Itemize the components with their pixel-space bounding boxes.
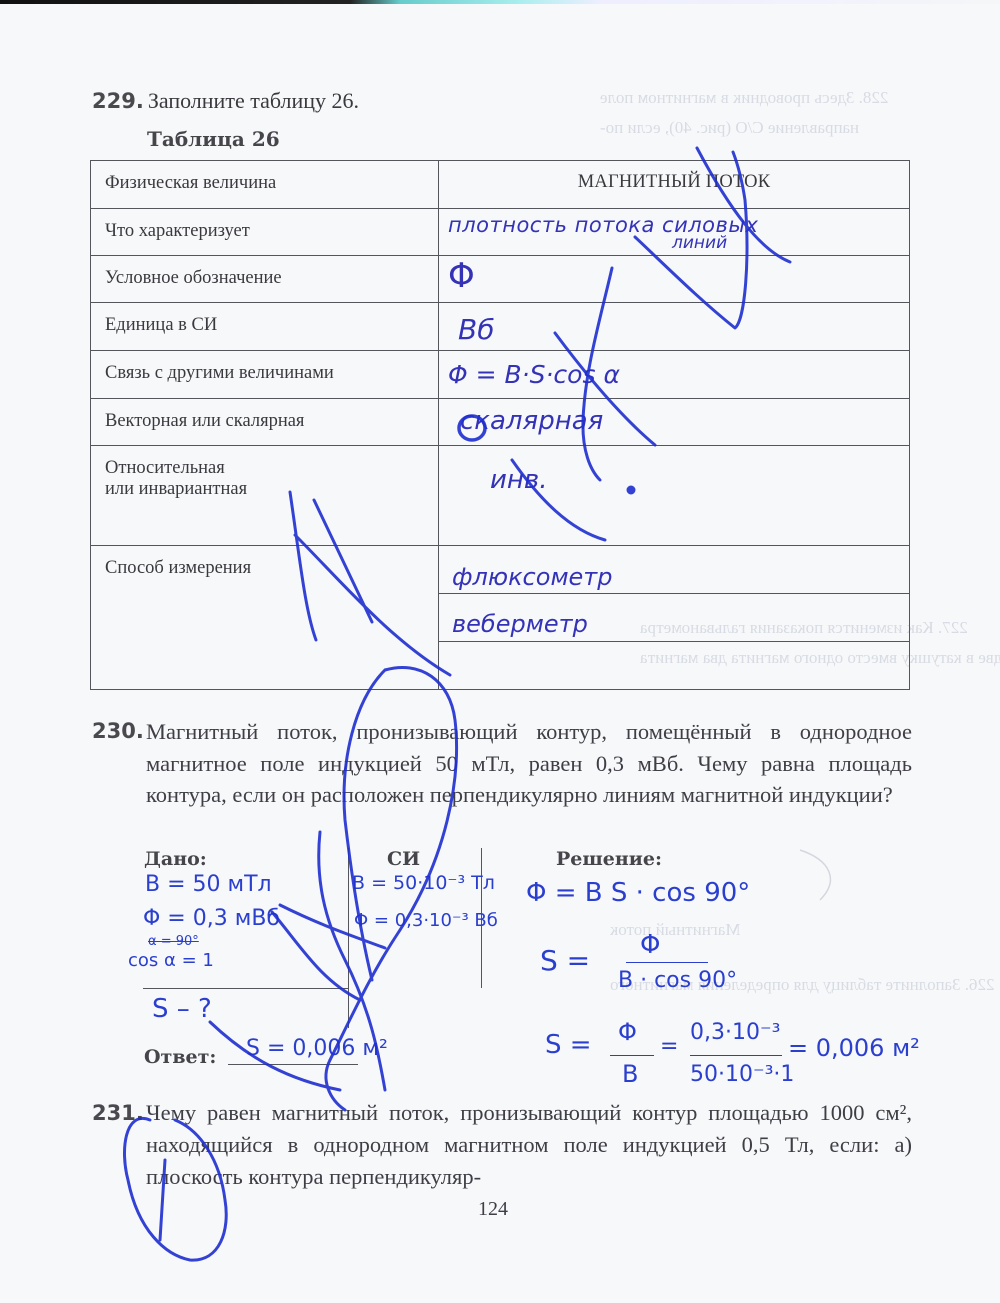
si-item: B = 50·10⁻³ Тл: [352, 872, 495, 894]
handwritten-answer: Φ = B·S·cos α: [448, 360, 620, 389]
row-label: Связь с другими величинами: [91, 351, 439, 399]
handwritten-answer: Φ: [448, 256, 475, 296]
given-label: Дано:: [144, 848, 207, 870]
row-label: Векторная или скалярная: [91, 399, 439, 446]
table-caption: Таблица 26: [147, 127, 280, 151]
answer-value: S = 0,006 м²: [246, 1036, 388, 1061]
solution-lhs: S =: [540, 944, 590, 977]
task-text: Чему равен магнитный поток, пронизывающи…: [146, 1097, 912, 1193]
solution-line: Φ = B S · cos 90°: [526, 878, 750, 908]
given-find-divider: [143, 988, 349, 989]
header-label-cell: Физическая величина: [91, 161, 439, 209]
task-text: Магнитный поток, пронизывающий контур, п…: [146, 716, 912, 811]
task-number: 230.: [92, 716, 144, 748]
row-label: Способ измерения: [91, 546, 439, 690]
header-value-cell: МАГНИТНЫЙ ПОТОК: [439, 161, 910, 209]
solution-denominator: B · cos 90°: [618, 968, 737, 993]
fraction-bar: [690, 1055, 782, 1056]
table-row: Условное обозначение: [91, 256, 910, 303]
row-label: Единица в СИ: [91, 303, 439, 351]
task-text: Заполните таблицу 26.: [148, 88, 359, 113]
solution-result: = 0,006 м²: [788, 1034, 920, 1062]
scan-edge: [0, 0, 1000, 4]
fraction-bar: [626, 962, 708, 963]
si-item: Φ = 0,3·10⁻³ Вб: [354, 910, 498, 931]
handwritten-answer: Вб: [458, 313, 494, 346]
handwritten-answer: флюксометр: [452, 563, 613, 591]
answer-cell[interactable]: [439, 446, 910, 546]
given-item: α = 90°: [148, 934, 199, 949]
solution-denominator: B: [622, 1060, 638, 1088]
task-number: 229.: [92, 89, 144, 113]
handwritten-answer: инв.: [490, 465, 547, 495]
task-230: 230. Магнитный поток, пронизывающий конт…: [92, 716, 912, 811]
page-number: 124: [478, 1198, 508, 1221]
row-label-line1: Относительная: [105, 458, 424, 479]
row-label-line2: или инвариантная: [105, 479, 424, 500]
answer-label: Ответ:: [144, 1046, 216, 1068]
divider-given-si: [348, 848, 349, 1028]
table-header-row: Физическая величина МАГНИТНЫЙ ПОТОК: [91, 161, 910, 209]
fraction-bar: [610, 1055, 654, 1056]
table-row: Единица в СИ: [91, 303, 910, 351]
given-item: Φ = 0,3 мВб: [143, 906, 280, 931]
solution-equals: =: [660, 1034, 678, 1059]
solution-numerator: Φ: [640, 930, 660, 960]
find-item: S – ?: [152, 994, 212, 1024]
bleed-through-text: 228. Здесь проводник в магнитном поле: [600, 88, 888, 108]
row-label: Что характеризует: [91, 209, 439, 256]
solution-denominator: 50·10⁻³·1: [690, 1062, 794, 1087]
solution-label: Решение:: [556, 848, 662, 870]
bleed-through-text: Магнитный поток: [610, 920, 740, 940]
table-row: Относительная или инвариантная: [91, 446, 910, 546]
task-number: 231.: [92, 1097, 144, 1129]
solution-lhs: S =: [545, 1030, 592, 1060]
given-item: B = 50 мТл: [145, 872, 272, 897]
task-229-heading: 229.Заполните таблицу 26.: [92, 88, 359, 114]
task-231: 231. Чему равен магнитный поток, пронизы…: [92, 1097, 912, 1193]
solution-numerator: 0,3·10⁻³: [690, 1020, 780, 1045]
bleed-through-text: направление С/О (рис. 40), если по-: [600, 118, 859, 138]
answer-cell[interactable]: [439, 642, 910, 690]
row-label: Относительная или инвариантная: [91, 446, 439, 546]
given-item: cos α = 1: [128, 950, 214, 971]
row-label: Условное обозначение: [91, 256, 439, 303]
handwritten-answer: скалярная: [460, 406, 603, 436]
solution-numerator: Φ: [618, 1018, 637, 1046]
handwritten-answer: линий: [672, 233, 727, 253]
answer-line[interactable]: [228, 1064, 358, 1065]
answer-cell[interactable]: [439, 303, 910, 351]
handwritten-answer: веберметр: [452, 610, 588, 638]
answer-cell[interactable]: [439, 256, 910, 303]
si-label: СИ: [387, 848, 420, 870]
